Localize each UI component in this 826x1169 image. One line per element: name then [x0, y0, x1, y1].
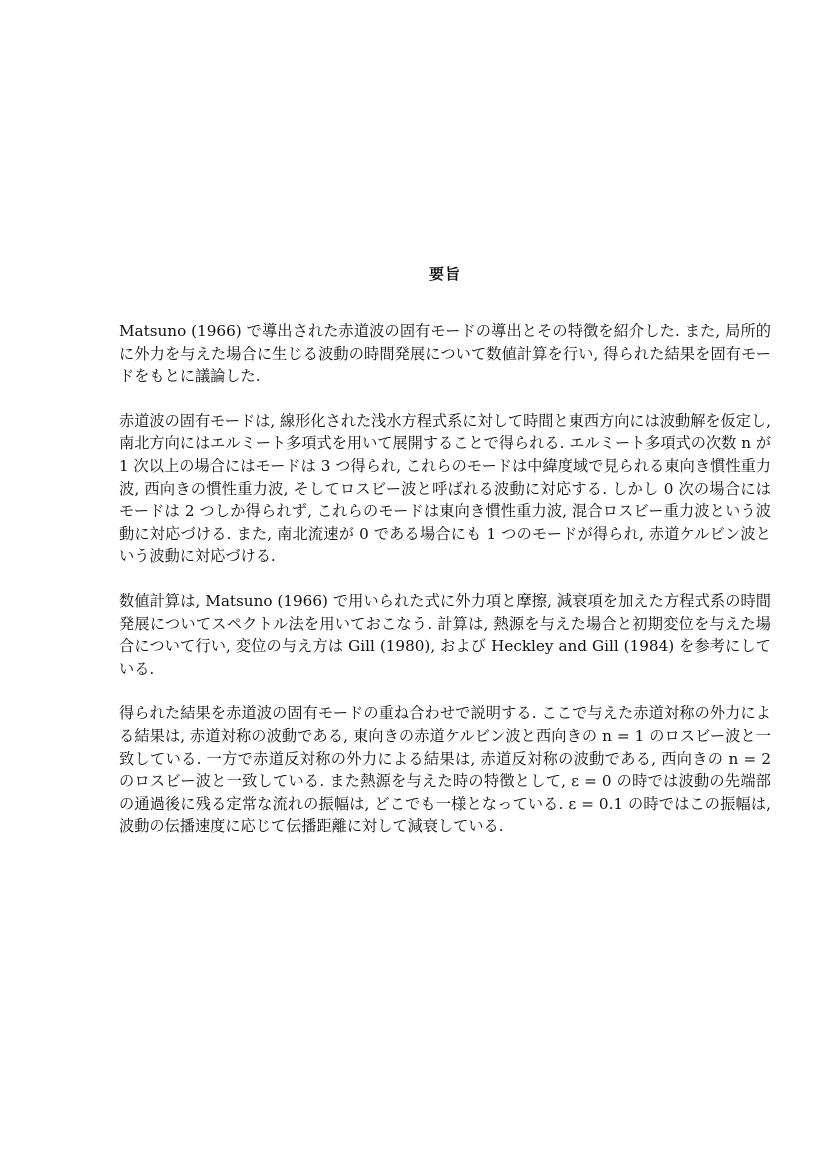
- paragraph-results: 得られた結果を赤道波の固有モードの重ね合わせで説明する. ここで与えた赤道対称の…: [119, 702, 771, 838]
- paragraph-eigenmodes: 赤道波の固有モードは, 線形化された浅水方程式系に対して時間と東西方向には波動解…: [119, 410, 771, 568]
- paragraph-introduction: Matsuno (1966) で導出された赤道波の固有モードの導出とその特徴を紹…: [119, 320, 771, 388]
- abstract-title: 要旨: [119, 263, 771, 284]
- abstract-body: Matsuno (1966) で導出された赤道波の固有モードの導出とその特徴を紹…: [119, 320, 771, 838]
- paragraph-numerical-method: 数値計算は, Matsuno (1966) で用いられた式に外力項と摩擦, 減衰…: [119, 590, 771, 680]
